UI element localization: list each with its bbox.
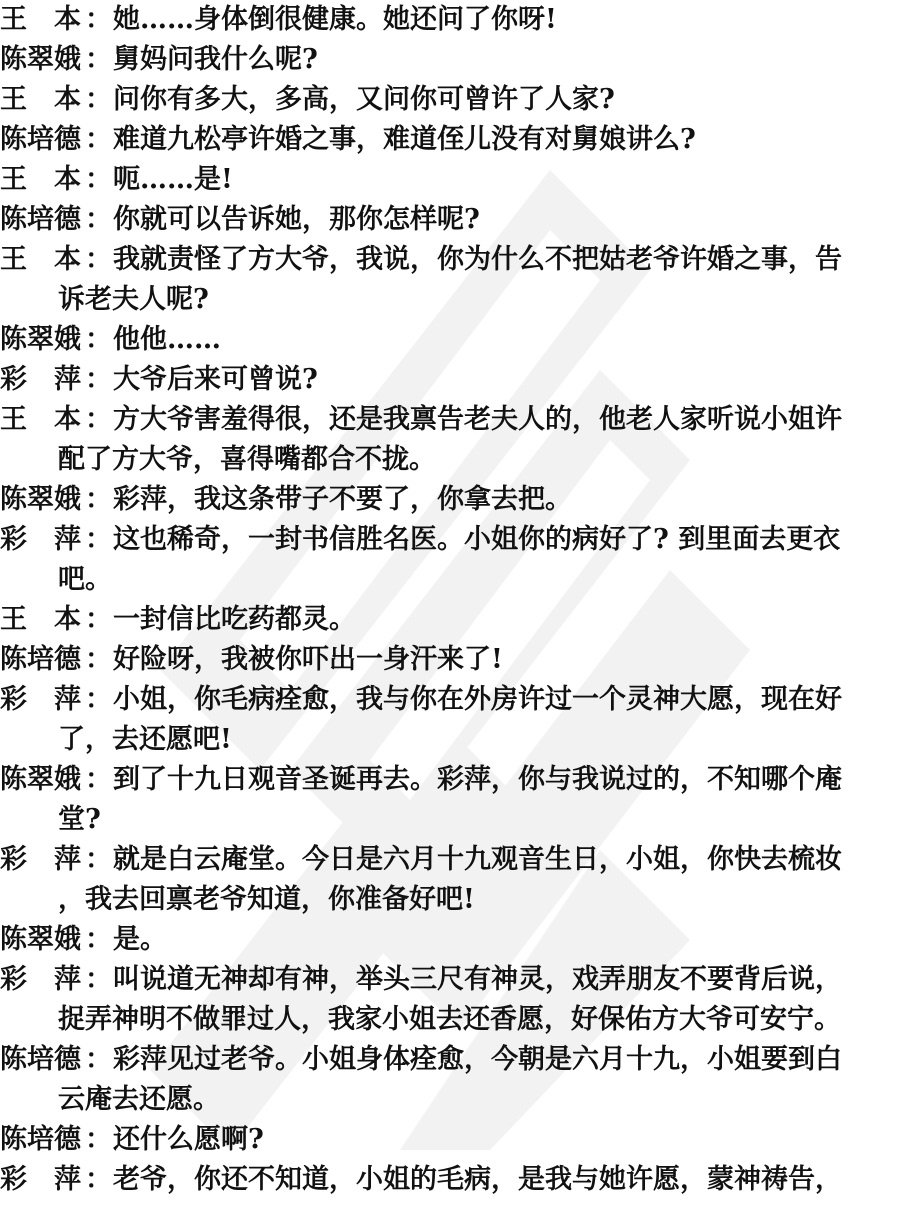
dialogue-line: 陈培德：好险呀，我被你吓出一身汗来了! (0, 640, 900, 680)
speaker-name: 彩 萍 (0, 840, 85, 880)
speaker-name: 王 本 (0, 400, 85, 440)
dialogue-entry: 陈培德：难道九松亭许婚之事，难道侄儿没有对舅娘讲么? (0, 120, 900, 160)
speaker-name: 陈培德 (0, 640, 85, 680)
speaker-colon: ： (85, 840, 113, 880)
speaker-colon: ： (85, 320, 113, 360)
dialogue-line: 王 本：呃……是! (0, 160, 900, 200)
speaker-name: 陈培德 (0, 1120, 85, 1160)
speaker-name: 陈翠娥 (0, 320, 85, 360)
speaker-name: 王 本 (0, 600, 85, 640)
dialogue-text: 老爷，你还不知道，小姐的毛病，是我与她许愿，蒙神祷告， (113, 1164, 842, 1195)
dialogue-line: 陈培德：还什么愿啊? (0, 1120, 900, 1160)
dialogue-continuation-line: 诉老夫人呢? (0, 280, 900, 320)
speaker-colon: ： (85, 640, 113, 680)
dialogue-entry: 陈培德：还什么愿啊? (0, 1120, 900, 1160)
dialogue-text: 小姐，你毛病痊愈，我与你在外房许过一个灵神大愿，现在好 (113, 684, 842, 715)
dialogue-text: 他他…… (113, 324, 221, 355)
speaker-name: 陈翠娥 (0, 40, 85, 80)
dialogue-text: 舅妈问我什么呢? (113, 44, 318, 75)
speaker-colon: ： (85, 480, 113, 520)
dialogue-continuation-line: 堂? (0, 800, 900, 840)
dialogue-line: 陈翠娥：到了十九日观音圣诞再去。彩萍，你与我说过的，不知哪个庵 (0, 760, 900, 800)
speaker-name: 彩 萍 (0, 680, 85, 720)
dialogue-text: 是。 (113, 924, 167, 955)
speaker-colon: ： (85, 40, 113, 80)
dialogue-entry: 王 本：问你有多大，多高，又问你可曾许了人家? (0, 80, 900, 120)
speaker-name: 陈培德 (0, 1040, 85, 1080)
speaker-colon: ： (85, 920, 113, 960)
dialogue-entry: 彩 萍：老爷，你还不知道，小姐的毛病，是我与她许愿，蒙神祷告， (0, 1160, 900, 1200)
dialogue-text: 堂? (58, 804, 101, 835)
speaker-colon: ： (85, 680, 113, 720)
speaker-colon: ： (85, 200, 113, 240)
dialogue-line: 陈翠娥：他他…… (0, 320, 900, 360)
speaker-colon: ： (85, 1040, 113, 1080)
dialogue-line: 陈翠娥：彩萍，我这条带子不要了，你拿去把。 (0, 480, 900, 520)
dialogue-entry: 陈翠娥：他他…… (0, 320, 900, 360)
dialogue-line: 彩 萍：叫说道无神却有神，举头三尺有神灵，戏弄朋友不要背后说， (0, 960, 900, 1000)
dialogue-text: 了，去还愿吧! (58, 724, 232, 755)
speaker-name: 陈翠娥 (0, 920, 85, 960)
dialogue-continuation-line: 云庵去还愿。 (0, 1080, 900, 1120)
dialogue-text: 还什么愿啊? (113, 1124, 264, 1155)
dialogue-entry: 彩 萍：叫说道无神却有神，举头三尺有神灵，戏弄朋友不要背后说，捉弄神明不做罪过人… (0, 960, 900, 1040)
speaker-name: 陈翠娥 (0, 480, 85, 520)
speaker-name: 彩 萍 (0, 360, 85, 400)
dialogue-continuation-line: ，我去回禀老爷知道，你准备好吧! (0, 880, 900, 920)
speaker-colon: ： (85, 160, 113, 200)
speaker-name: 陈翠娥 (0, 760, 85, 800)
dialogue-entry: 王 本：我就责怪了方大爷，我说，你为什么不把姑老爷许婚之事，告诉老夫人呢? (0, 240, 900, 320)
speaker-colon: ： (85, 400, 113, 440)
dialogue-entry: 陈翠娥：是。 (0, 920, 900, 960)
dialogue-text: 你就可以告诉她，那你怎样呢? (113, 204, 480, 235)
dialogue-text: ，我去回禀老爷知道，你准备好吧! (58, 884, 475, 915)
dialogue-line: 彩 萍：老爷，你还不知道，小姐的毛病，是我与她许愿，蒙神祷告， (0, 1160, 900, 1200)
dialogue-entry: 王 本：一封信比吃药都灵。 (0, 600, 900, 640)
dialogue-text: 到了十九日观音圣诞再去。彩萍，你与我说过的，不知哪个庵 (113, 764, 842, 795)
dialogue-line: 陈翠娥：是。 (0, 920, 900, 960)
dialogue-entry: 陈培德：彩萍见过老爷。小姐身体痊愈，今朝是六月十九，小姐要到白云庵去还愿。 (0, 1040, 900, 1120)
dialogue-text: 彩萍，我这条带子不要了，你拿去把。 (113, 484, 572, 515)
speaker-name: 王 本 (0, 80, 85, 120)
speaker-name: 彩 萍 (0, 520, 85, 560)
speaker-colon: ： (85, 520, 113, 560)
dialogue-line: 彩 萍：就是白云庵堂。今日是六月十九观音生日，小姐，你快去梳妆 (0, 840, 900, 880)
dialogue-text: 大爷后来可曾说? (113, 364, 318, 395)
speaker-name: 王 本 (0, 160, 85, 200)
dialogue-line: 王 本：方大爷害羞得很，还是我禀告老夫人的，他老人家听说小姐许 (0, 400, 900, 440)
dialogue-text: 问你有多大，多高，又问你可曾许了人家? (113, 84, 615, 115)
dialogue-line: 陈培德：难道九松亭许婚之事，难道侄儿没有对舅娘讲么? (0, 120, 900, 160)
dialogue-text: 难道九松亭许婚之事，难道侄儿没有对舅娘讲么? (113, 124, 696, 155)
dialogue-entry: 彩 萍：这也稀奇，一封书信胜名医。小姐你的病好了? 到里面去更衣吧。 (0, 520, 900, 600)
dialogue-entry: 王 本：方大爷害羞得很，还是我禀告老夫人的，他老人家听说小姐许配了方大爷，喜得嘴… (0, 400, 900, 480)
dialogue-entry: 彩 萍：小姐，你毛病痊愈，我与你在外房许过一个灵神大愿，现在好了，去还愿吧! (0, 680, 900, 760)
dialogue-text: 就是白云庵堂。今日是六月十九观音生日，小姐，你快去梳妆 (113, 844, 842, 875)
dialogue-line: 王 本：一封信比吃药都灵。 (0, 600, 900, 640)
dialogue-line: 陈培德：你就可以告诉她，那你怎样呢? (0, 200, 900, 240)
dialogue-line: 陈培德：彩萍见过老爷。小姐身体痊愈，今朝是六月十九，小姐要到白 (0, 1040, 900, 1080)
speaker-colon: ： (85, 80, 113, 120)
speaker-colon: ： (85, 360, 113, 400)
dialogue-entry: 彩 萍：就是白云庵堂。今日是六月十九观音生日，小姐，你快去梳妆，我去回禀老爷知道… (0, 840, 900, 920)
dialogue-entry: 王 本：呃……是! (0, 160, 900, 200)
dialogue-text: 这也稀奇，一封书信胜名医。小姐你的病好了? 到里面去更衣 (113, 524, 840, 555)
dialogue-text: 吧。 (58, 564, 112, 595)
dialogue-entry: 陈翠娥：到了十九日观音圣诞再去。彩萍，你与我说过的，不知哪个庵堂? (0, 760, 900, 840)
dialogue-text: 呃……是! (113, 164, 233, 195)
dialogue-text: 方大爷害羞得很，还是我禀告老夫人的，他老人家听说小姐许 (113, 404, 842, 435)
dialogue-text: 我就责怪了方大爷，我说，你为什么不把姑老爷许婚之事，告 (113, 244, 842, 275)
speaker-colon: ： (85, 0, 113, 40)
dialogue-entry: 陈培德：你就可以告诉她，那你怎样呢? (0, 200, 900, 240)
dialogue-line: 陈翠娥：舅妈问我什么呢? (0, 40, 900, 80)
dialogue-line: 彩 萍：这也稀奇，一封书信胜名医。小姐你的病好了? 到里面去更衣 (0, 520, 900, 560)
speaker-name: 彩 萍 (0, 960, 85, 1000)
dialogue-line: 王 本：她……身体倒很健康。她还问了你呀! (0, 0, 900, 40)
speaker-name: 王 本 (0, 0, 85, 40)
dialogue-text: 诉老夫人呢? (58, 284, 209, 315)
dialogue-entry: 陈翠娥：舅妈问我什么呢? (0, 40, 900, 80)
speaker-colon: ： (85, 760, 113, 800)
dialogue-entry: 陈翠娥：彩萍，我这条带子不要了，你拿去把。 (0, 480, 900, 520)
dialogue-text: 她……身体倒很健康。她还问了你呀! (113, 4, 557, 35)
script-page: 王 本：她……身体倒很健康。她还问了你呀!陈翠娥：舅妈问我什么呢?王 本：问你有… (0, 0, 900, 1200)
dialogue-continuation-line: 配了方大爷，喜得嘴都合不拢。 (0, 440, 900, 480)
dialogue-text: 配了方大爷，喜得嘴都合不拢。 (58, 444, 436, 475)
speaker-name: 王 本 (0, 240, 85, 280)
dialogue-text: 一封信比吃药都灵。 (113, 604, 356, 635)
dialogue-entry: 彩 萍：大爷后来可曾说? (0, 360, 900, 400)
dialogue-continuation-line: 捉弄神明不做罪过人，我家小姐去还香愿，好保佑方大爷可安宁。 (0, 1000, 900, 1040)
dialogue-text: 叫说道无神却有神，举头三尺有神灵，戏弄朋友不要背后说， (113, 964, 842, 995)
dialogue-entry: 陈培德：好险呀，我被你吓出一身汗来了! (0, 640, 900, 680)
dialogue-text: 彩萍见过老爷。小姐身体痊愈，今朝是六月十九，小姐要到白 (113, 1044, 842, 1075)
speaker-name: 陈培德 (0, 120, 85, 160)
speaker-colon: ： (85, 600, 113, 640)
dialogue-text: 好险呀，我被你吓出一身汗来了! (113, 644, 503, 675)
dialogue-text: 云庵去还愿。 (58, 1084, 220, 1115)
dialogue-entry: 王 本：她……身体倒很健康。她还问了你呀! (0, 0, 900, 40)
speaker-name: 陈培德 (0, 200, 85, 240)
dialogue-line: 王 本：问你有多大，多高，又问你可曾许了人家? (0, 80, 900, 120)
speaker-colon: ： (85, 960, 113, 1000)
speaker-colon: ： (85, 1120, 113, 1160)
dialogue-line: 彩 萍：大爷后来可曾说? (0, 360, 900, 400)
dialogue-line: 彩 萍：小姐，你毛病痊愈，我与你在外房许过一个灵神大愿，现在好 (0, 680, 900, 720)
speaker-colon: ： (85, 240, 113, 280)
dialogue-line: 王 本：我就责怪了方大爷，我说，你为什么不把姑老爷许婚之事，告 (0, 240, 900, 280)
dialogue-text: 捉弄神明不做罪过人，我家小姐去还香愿，好保佑方大爷可安宁。 (58, 1004, 841, 1035)
speaker-colon: ： (85, 1160, 113, 1200)
dialogue-continuation-line: 了，去还愿吧! (0, 720, 900, 760)
speaker-colon: ： (85, 120, 113, 160)
speaker-name: 彩 萍 (0, 1160, 85, 1200)
dialogue-continuation-line: 吧。 (0, 560, 900, 600)
